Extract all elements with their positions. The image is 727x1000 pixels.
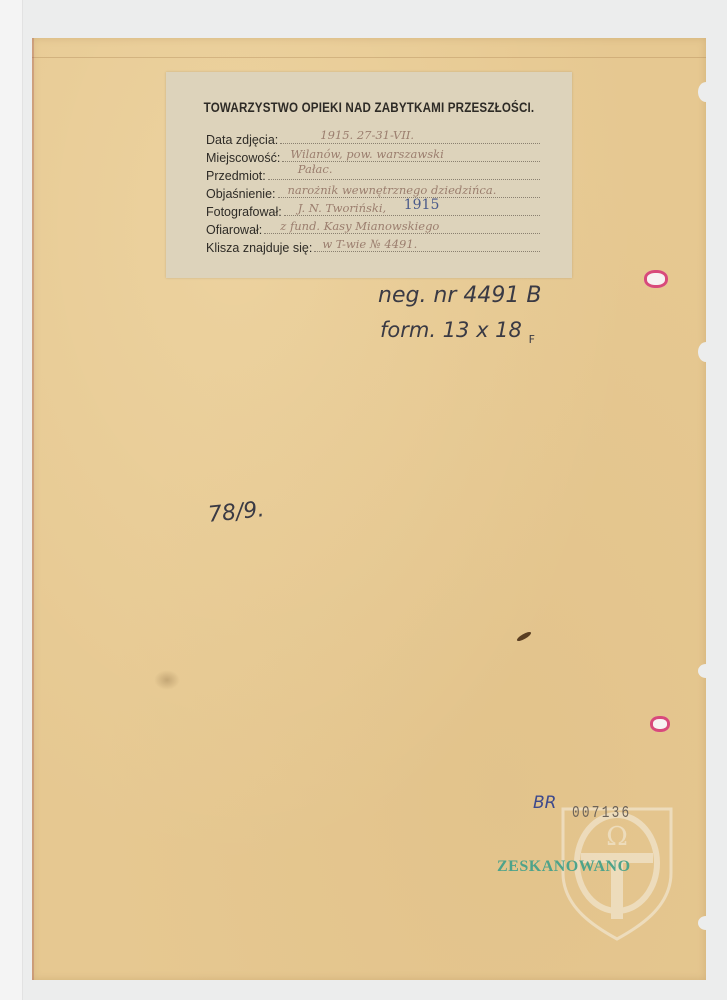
field-label: Klisza znajduje się: [206,241,312,255]
field-value: w T-wie № 4491. [322,237,417,251]
field-value: 1915. 27-31-VII. [320,128,414,142]
fold-line [32,57,706,58]
edge-notch [698,82,714,102]
br-handwritten-mark: BR [533,793,556,813]
inventory-number-stamp: 007136 [572,804,631,823]
edge-notch [698,342,714,362]
field-subject: Przedmiot: Pałac. [206,167,540,183]
field-value-year: 1915 [404,197,440,213]
field-negative-location: Klisza znajduje się: w T-wie № 4491. [206,239,540,255]
field-location: Miejscowość: Wilanów, pow. warszawski [206,149,540,165]
field-label: Przedmiot: [206,169,266,183]
format-suffix: F [529,333,535,346]
field-photographer: Fotografował: J. N. Tworiński, 1915 [206,203,540,219]
sheet-left-edge [32,38,34,980]
folio-number: 78/9. [207,497,266,528]
field-value: narożnik wewnętrznego dziedzińca. [288,183,497,197]
negative-number-note: neg. nr 4491 B [378,283,542,308]
format-note: form. 13 x 18 F [380,318,535,346]
catalog-label-card: TOWARZYSTWO OPIEKI NAD ZABYTKAMI PRZESZŁ… [166,72,572,278]
format-text: form. 13 x 18 [380,318,522,342]
field-label: Objaśnienie: [206,187,276,201]
field-label: Data zdjęcia: [206,133,278,147]
debris-speck [516,630,532,642]
paper-tear [644,270,668,288]
paper-tear [650,716,670,732]
field-value: Wilanów, pow. warszawski [290,147,443,161]
scanned-stamp: ZESKANOWANO [497,858,631,876]
field-value: z fund. Kasy Mianowskiego [280,219,439,233]
stain [154,670,180,690]
svg-text:Ω: Ω [606,822,628,852]
scanner-bed-edge [0,0,23,1000]
edge-notch [698,916,714,930]
field-value: Pałac. [298,162,333,176]
field-label: Miejscowość: [206,151,280,165]
field-donor: Ofiarował: z fund. Kasy Mianowskiego [206,221,540,237]
field-value: J. N. Tworiński, [298,201,386,215]
label-heading: TOWARZYSTWO OPIEKI NAD ZABYTKAMI PRZESZŁ… [194,100,543,115]
field-description: Objaśnienie: narożnik wewnętrznego dzied… [206,185,540,201]
field-label: Fotografował: [206,205,282,219]
edge-notch [698,664,714,678]
field-photo-date: Data zdjęcia: 1915. 27-31-VII. [206,131,540,147]
field-label: Ofiarował: [206,223,262,237]
